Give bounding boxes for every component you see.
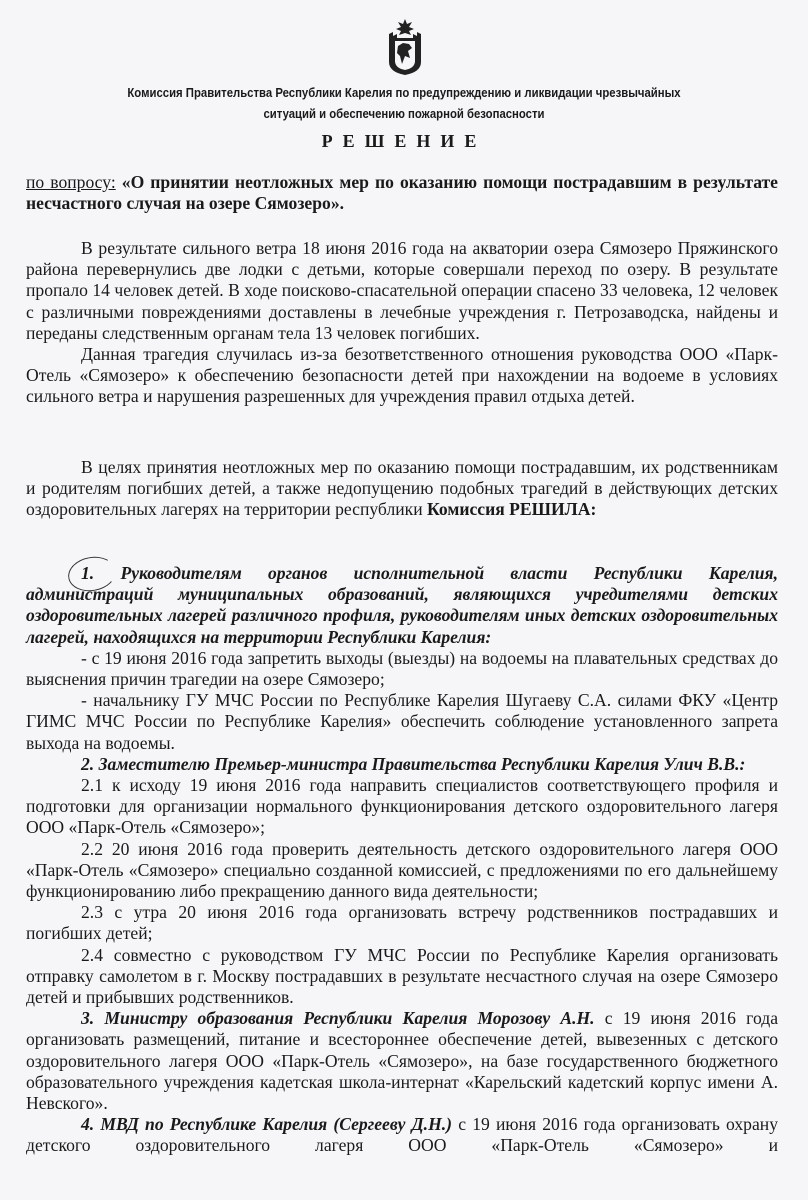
subject-block: по вопросу: «О принятии неотложных мер п… [26, 172, 778, 214]
document-title: РЕШЕНИЕ [0, 131, 808, 152]
item-3: 3. Министру образования Республики Карел… [26, 1008, 778, 1114]
preamble: В результате сильного ветра 18 июня 2016… [26, 238, 778, 408]
item-3-number: 3. [81, 1008, 94, 1028]
item-2-sub-2: 2.2 20 июня 2016 года проверить деятельн… [26, 839, 778, 903]
authority-line-2: ситуаций и обеспечению пожарной безопасн… [82, 103, 725, 124]
coat-of-arms-icon [383, 18, 427, 76]
resolution-decided: Комиссия РЕШИЛА: [427, 499, 596, 519]
resolution-items: 1. Руководителям органов исполнительной … [26, 563, 778, 1157]
preamble-paragraph-1: В результате сильного ветра 18 июня 2016… [26, 238, 778, 344]
subject-label: по вопросу: [26, 172, 116, 192]
authority-line-1: Комиссия Правительства Республики Карели… [82, 82, 725, 103]
document-page: Комиссия Правительства Республики Карели… [0, 0, 808, 1200]
item-2-heading: 2. Заместителю Премьер-министра Правител… [26, 754, 778, 775]
resolution-intro: В целях принятия неотложных мер по оказа… [26, 457, 778, 521]
item-4-heading: МВД по Республике Карелия (Сергееву Д.Н.… [100, 1114, 452, 1134]
item-1-heading: 1. Руководителям органов исполнительной … [26, 563, 778, 648]
item-2-sub-4: 2.4 совместно с руководством ГУ МЧС Росс… [26, 945, 778, 1009]
item-4-number: 4. [81, 1114, 94, 1134]
item-3-heading: Министру образования Республики Карелия … [104, 1008, 594, 1028]
item-1-sub-2: - начальнику ГУ МЧС России по Республике… [26, 690, 778, 754]
preamble-paragraph-2: Данная трагедия случилась из-за безответ… [26, 344, 778, 408]
issuing-authority: Комиссия Правительства Республики Карели… [82, 82, 725, 124]
item-2-sub-3: 2.3 с утра 20 июня 2016 года организоват… [26, 902, 778, 944]
item-1-sub-1: - с 19 июня 2016 года запретить выходы (… [26, 648, 778, 690]
resolution-intro-text: В целях принятия неотложных мер по оказа… [26, 457, 778, 519]
subject-text: «О принятии неотложных мер по оказанию п… [26, 172, 778, 213]
item-2-sub-1: 2.1 к исходу 19 июня 2016 года направить… [26, 775, 778, 839]
item-4: 4. МВД по Республике Карелия (Сергееву Д… [26, 1114, 778, 1156]
